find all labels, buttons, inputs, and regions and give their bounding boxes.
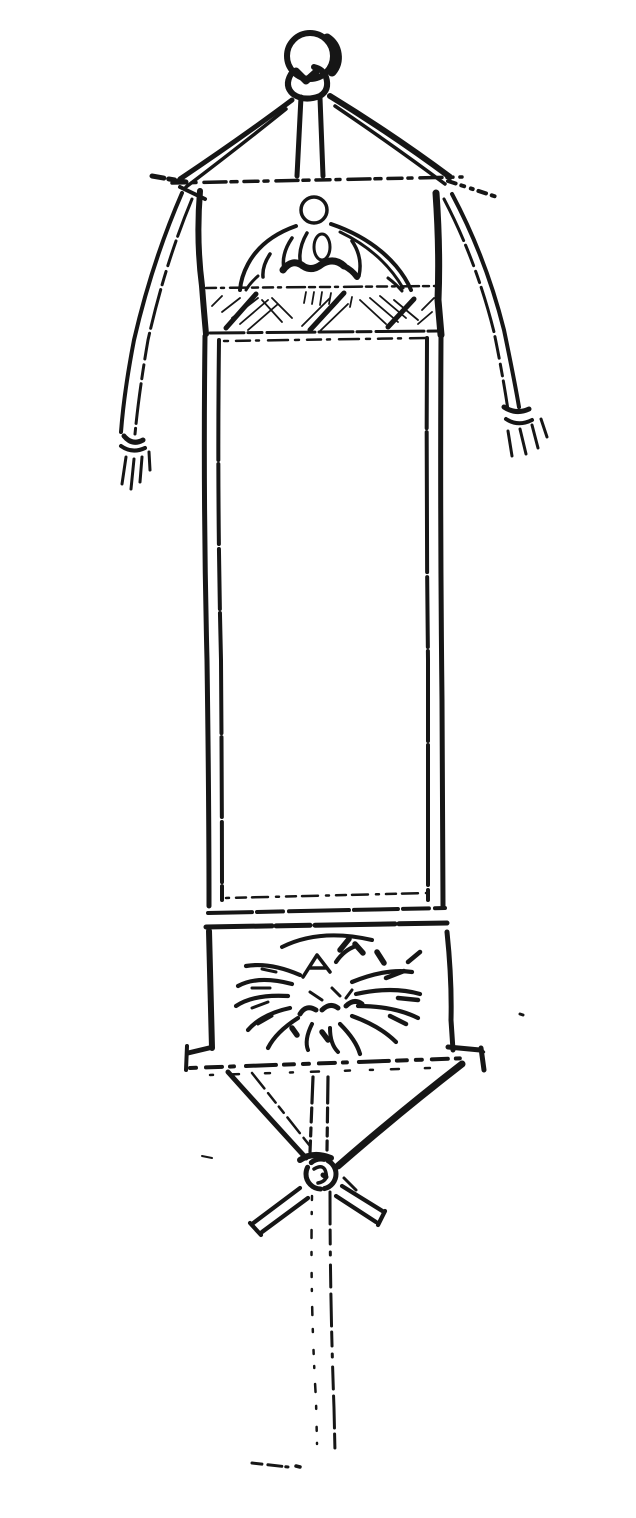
tail-end-dot: [296, 1466, 300, 1467]
right-cord-outer: [330, 96, 450, 177]
left-tassel-cuff-2: [121, 446, 145, 451]
main-panel-left-outer: [204, 336, 209, 906]
speck-2: [482, 1050, 484, 1052]
figure-base-arcs: [246, 276, 402, 291]
bottom-bar-line-faint: [210, 1068, 430, 1075]
figure-hands: [314, 234, 330, 260]
left-tassel-cuff-1: [124, 436, 143, 442]
tail-left-line: [312, 1196, 318, 1444]
top-bar-line: [172, 177, 462, 183]
tail-end-dash: [252, 1463, 288, 1467]
stray-dash-left: [202, 1156, 212, 1158]
left-cord-inner: [186, 109, 286, 187]
figure-head: [301, 197, 327, 223]
main-panel: [204, 336, 447, 927]
band-bottom-line: [210, 331, 438, 333]
right-cord-inner: [335, 106, 445, 184]
left-streamer: [121, 193, 192, 434]
right-tassel-cuff-1: [504, 407, 529, 412]
main-panel-top-dashed: [224, 338, 426, 341]
top-bar: [152, 176, 500, 199]
main-panel-left-inner: [218, 340, 222, 900]
left-streamer-outer: [121, 193, 182, 432]
main-panel-bottom-dashed: [226, 893, 428, 898]
lotus-center-curls: [300, 1001, 362, 1014]
lotus-petals-bottom: [307, 1024, 338, 1052]
bow-right-ribbon: [336, 1186, 385, 1225]
seated-figure: [240, 197, 411, 291]
knot-bead: [300, 1155, 336, 1189]
figure-right-outer-arc: [340, 232, 403, 288]
lotus-apex-A: [303, 955, 330, 977]
speck-1: [520, 1014, 523, 1015]
finial-knob: [288, 67, 327, 99]
hanging-pole: [297, 97, 323, 176]
top-bar-right-tip: [448, 181, 500, 198]
scan-specks: [482, 1014, 523, 1052]
lower-border-line-1: [208, 908, 445, 913]
converging-cords: [202, 1064, 462, 1166]
figure-lap-tail: [344, 266, 357, 277]
right-streamer: [444, 194, 519, 410]
bow-left-ribbon: [250, 1188, 308, 1235]
ink-layer: [121, 33, 547, 1467]
pleated-band: [206, 286, 440, 333]
bottom-bar-line: [190, 1058, 470, 1068]
suspension-cords: [180, 96, 450, 187]
left-cord-outer: [180, 100, 292, 179]
cord-left-outer: [228, 1072, 306, 1158]
pole-lines: [297, 97, 323, 176]
lotus-petals-left: [236, 965, 300, 1048]
main-panel-right-outer: [441, 336, 443, 906]
bottom-bar-left-cap: [186, 1046, 187, 1070]
lotus-panel-left-foot: [188, 1048, 209, 1053]
lower-border-line-2: [206, 923, 447, 927]
knot-center-dot: [323, 1175, 326, 1177]
right-tassel: [504, 407, 547, 456]
figure-lap-mound: [283, 261, 344, 270]
lotus-panel-right-border: [447, 932, 453, 1050]
left-tassel-fringe: [122, 452, 150, 489]
head-panel-right-border: [436, 193, 441, 335]
banner-illustration: [0, 0, 636, 1518]
tail-right-line: [330, 1192, 335, 1452]
main-panel-right-inner: [427, 338, 428, 900]
lotus-panel-left-border: [209, 931, 212, 1048]
tail-streamer: [252, 1192, 335, 1467]
left-tassel: [121, 436, 150, 489]
cord-center-pair: [310, 1077, 328, 1152]
lotus-center-lines: [310, 988, 352, 1000]
scanned-ink-drawing: [0, 0, 636, 1518]
head-panel-left-border: [198, 191, 206, 334]
right-tassel-cuff-2: [506, 419, 532, 423]
lotus-flower: [236, 935, 420, 1054]
